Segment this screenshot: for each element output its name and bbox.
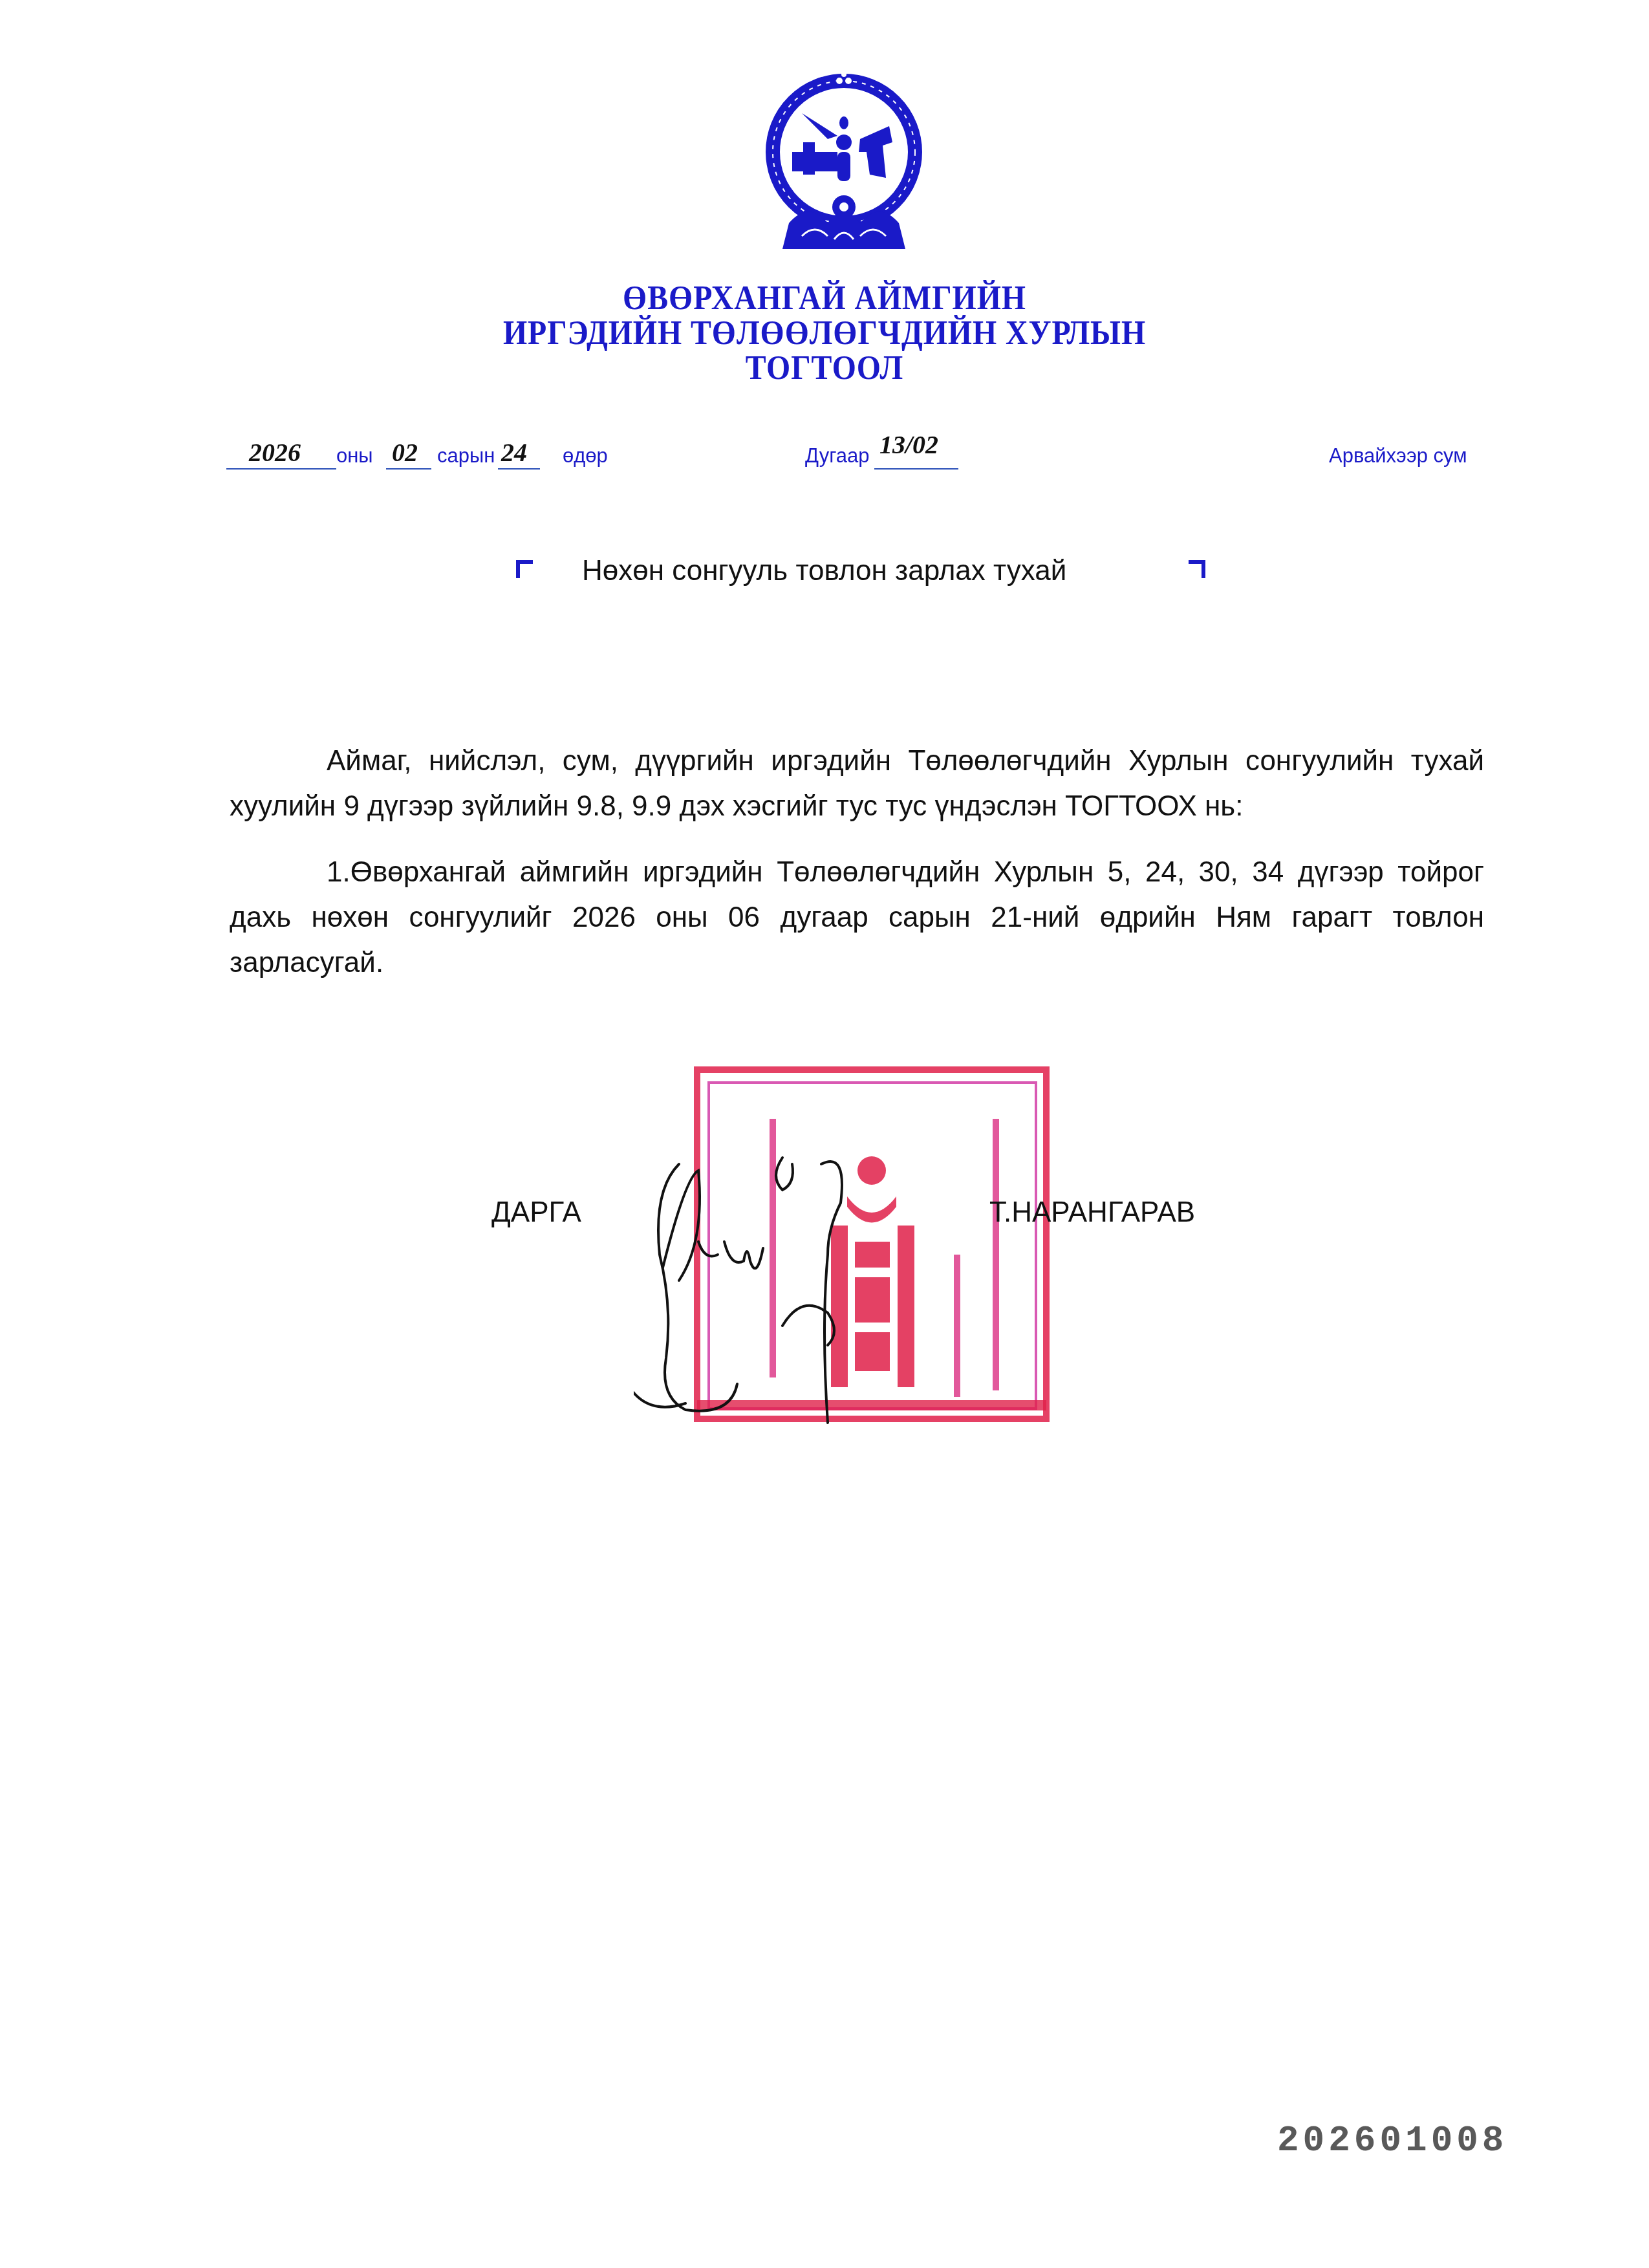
document-subject: Нөхөн сонгууль товлон зарлах тухай <box>582 555 1066 587</box>
handwritten-signature-icon <box>634 1112 957 1436</box>
signatory-name: Т.НАРАНГАРАВ <box>989 1196 1195 1229</box>
place-text: Арвайхээр сум <box>1329 444 1467 468</box>
month-value: 02 <box>392 437 418 468</box>
signatory-title: ДАРГА <box>491 1196 581 1229</box>
number-underline <box>874 468 958 470</box>
month-underline <box>386 468 431 470</box>
day-underline <box>498 468 540 470</box>
month-label: сарын <box>437 444 495 468</box>
day-value: 24 <box>501 437 527 468</box>
resolution-clause-1: 1.Өвөрхангай аймгийн иргэдийн Төлөөлөгчд… <box>230 850 1484 986</box>
preamble-text: Аймаг, нийслэл, сум, дүүргийн иргэдийн Т… <box>230 745 1484 822</box>
year-label: оны <box>336 444 373 468</box>
bracket-right-icon <box>1189 560 1205 578</box>
issuer-title-line-1: ӨВӨРХАНГАЙ АЙМГИЙН <box>66 279 1583 318</box>
state-emblem-icon <box>763 61 925 255</box>
document-type-title: ТОГТООЛ <box>66 349 1583 387</box>
date-number-row: 2026 оны 02 сарын 24 өдөр Дугаар 13/02 А… <box>0 435 1649 480</box>
year-underline <box>226 468 336 470</box>
document-serial-number: 202601008 <box>1277 2120 1507 2161</box>
day-label: өдөр <box>563 444 608 468</box>
issuer-title-line-2: ИРГЭДИЙН ТӨЛӨӨЛӨГЧДИЙН ХУРЛЫН <box>66 314 1583 352</box>
year-value: 2026 <box>249 437 301 468</box>
number-value: 13/02 <box>879 429 938 460</box>
number-label: Дугаар <box>805 444 870 468</box>
bracket-left-icon <box>516 560 533 578</box>
preamble-paragraph: Аймаг, нийслэл, сум, дүүргийн иргэдийн Т… <box>230 739 1484 829</box>
clause-1-text: 1.Өвөрхангай аймгийн иргэдийн Төлөөлөгчд… <box>230 856 1484 978</box>
